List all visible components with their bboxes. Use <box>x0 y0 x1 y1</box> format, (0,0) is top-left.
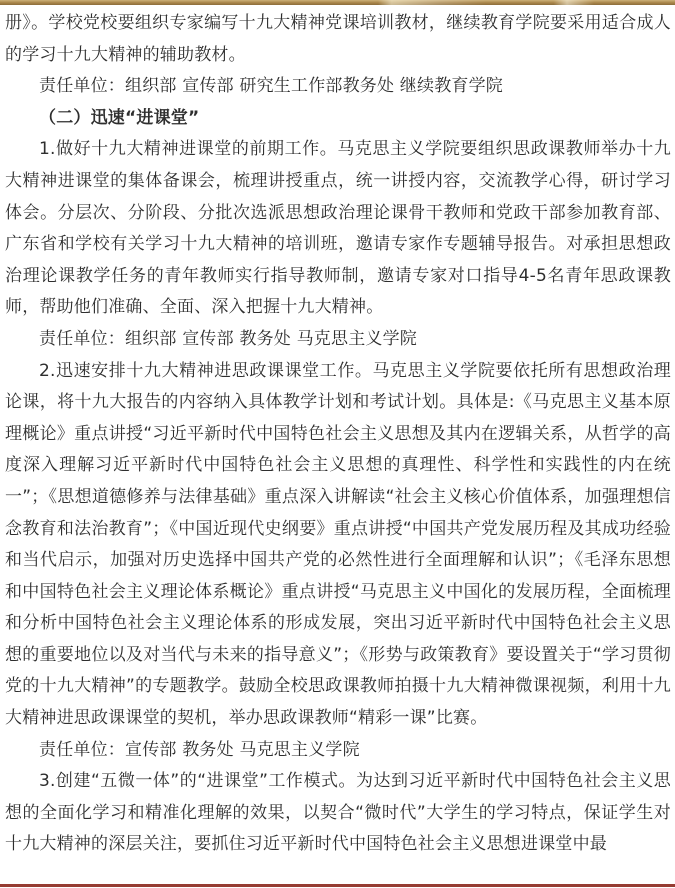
document-body: 册》。学校党校要组织专家编写十九大精神党课培训教材，继续教育学院要采用适合成人的… <box>5 8 671 861</box>
paragraph-continuation: 册》。学校党校要组织专家编写十九大精神党课培训教材，继续教育学院要采用适合成人的… <box>5 8 671 71</box>
numbered-paragraph-3: 3.创建“五微一体”的“进课堂”工作模式。为达到习近平新时代中国特色社会主义思想… <box>5 766 671 861</box>
section-heading: （二）迅速“进课堂” <box>5 103 671 135</box>
responsible-unit-line-1: 责任单位：组织部 宣传部 研究生工作部教务处 继续教育学院 <box>5 71 671 103</box>
responsible-unit-line-2: 责任单位：组织部 宣传部 教务处 马克思主义学院 <box>5 324 671 356</box>
document-page: { "page": { "background_color": "#ffffff… <box>0 0 675 888</box>
decorative-top-border <box>0 0 675 5</box>
decorative-bottom-border <box>0 884 675 887</box>
numbered-paragraph-1: 1.做好十九大精神进课堂的前期工作。马克思主义学院要组织思政课教师举办十九大精神… <box>5 134 671 324</box>
numbered-paragraph-2: 2.迅速安排十九大精神进思政课课堂工作。马克思主义学院要依托所有思想政治理论课，… <box>5 356 671 735</box>
responsible-unit-line-3: 责任单位：宣传部 教务处 马克思主义学院 <box>5 735 671 767</box>
